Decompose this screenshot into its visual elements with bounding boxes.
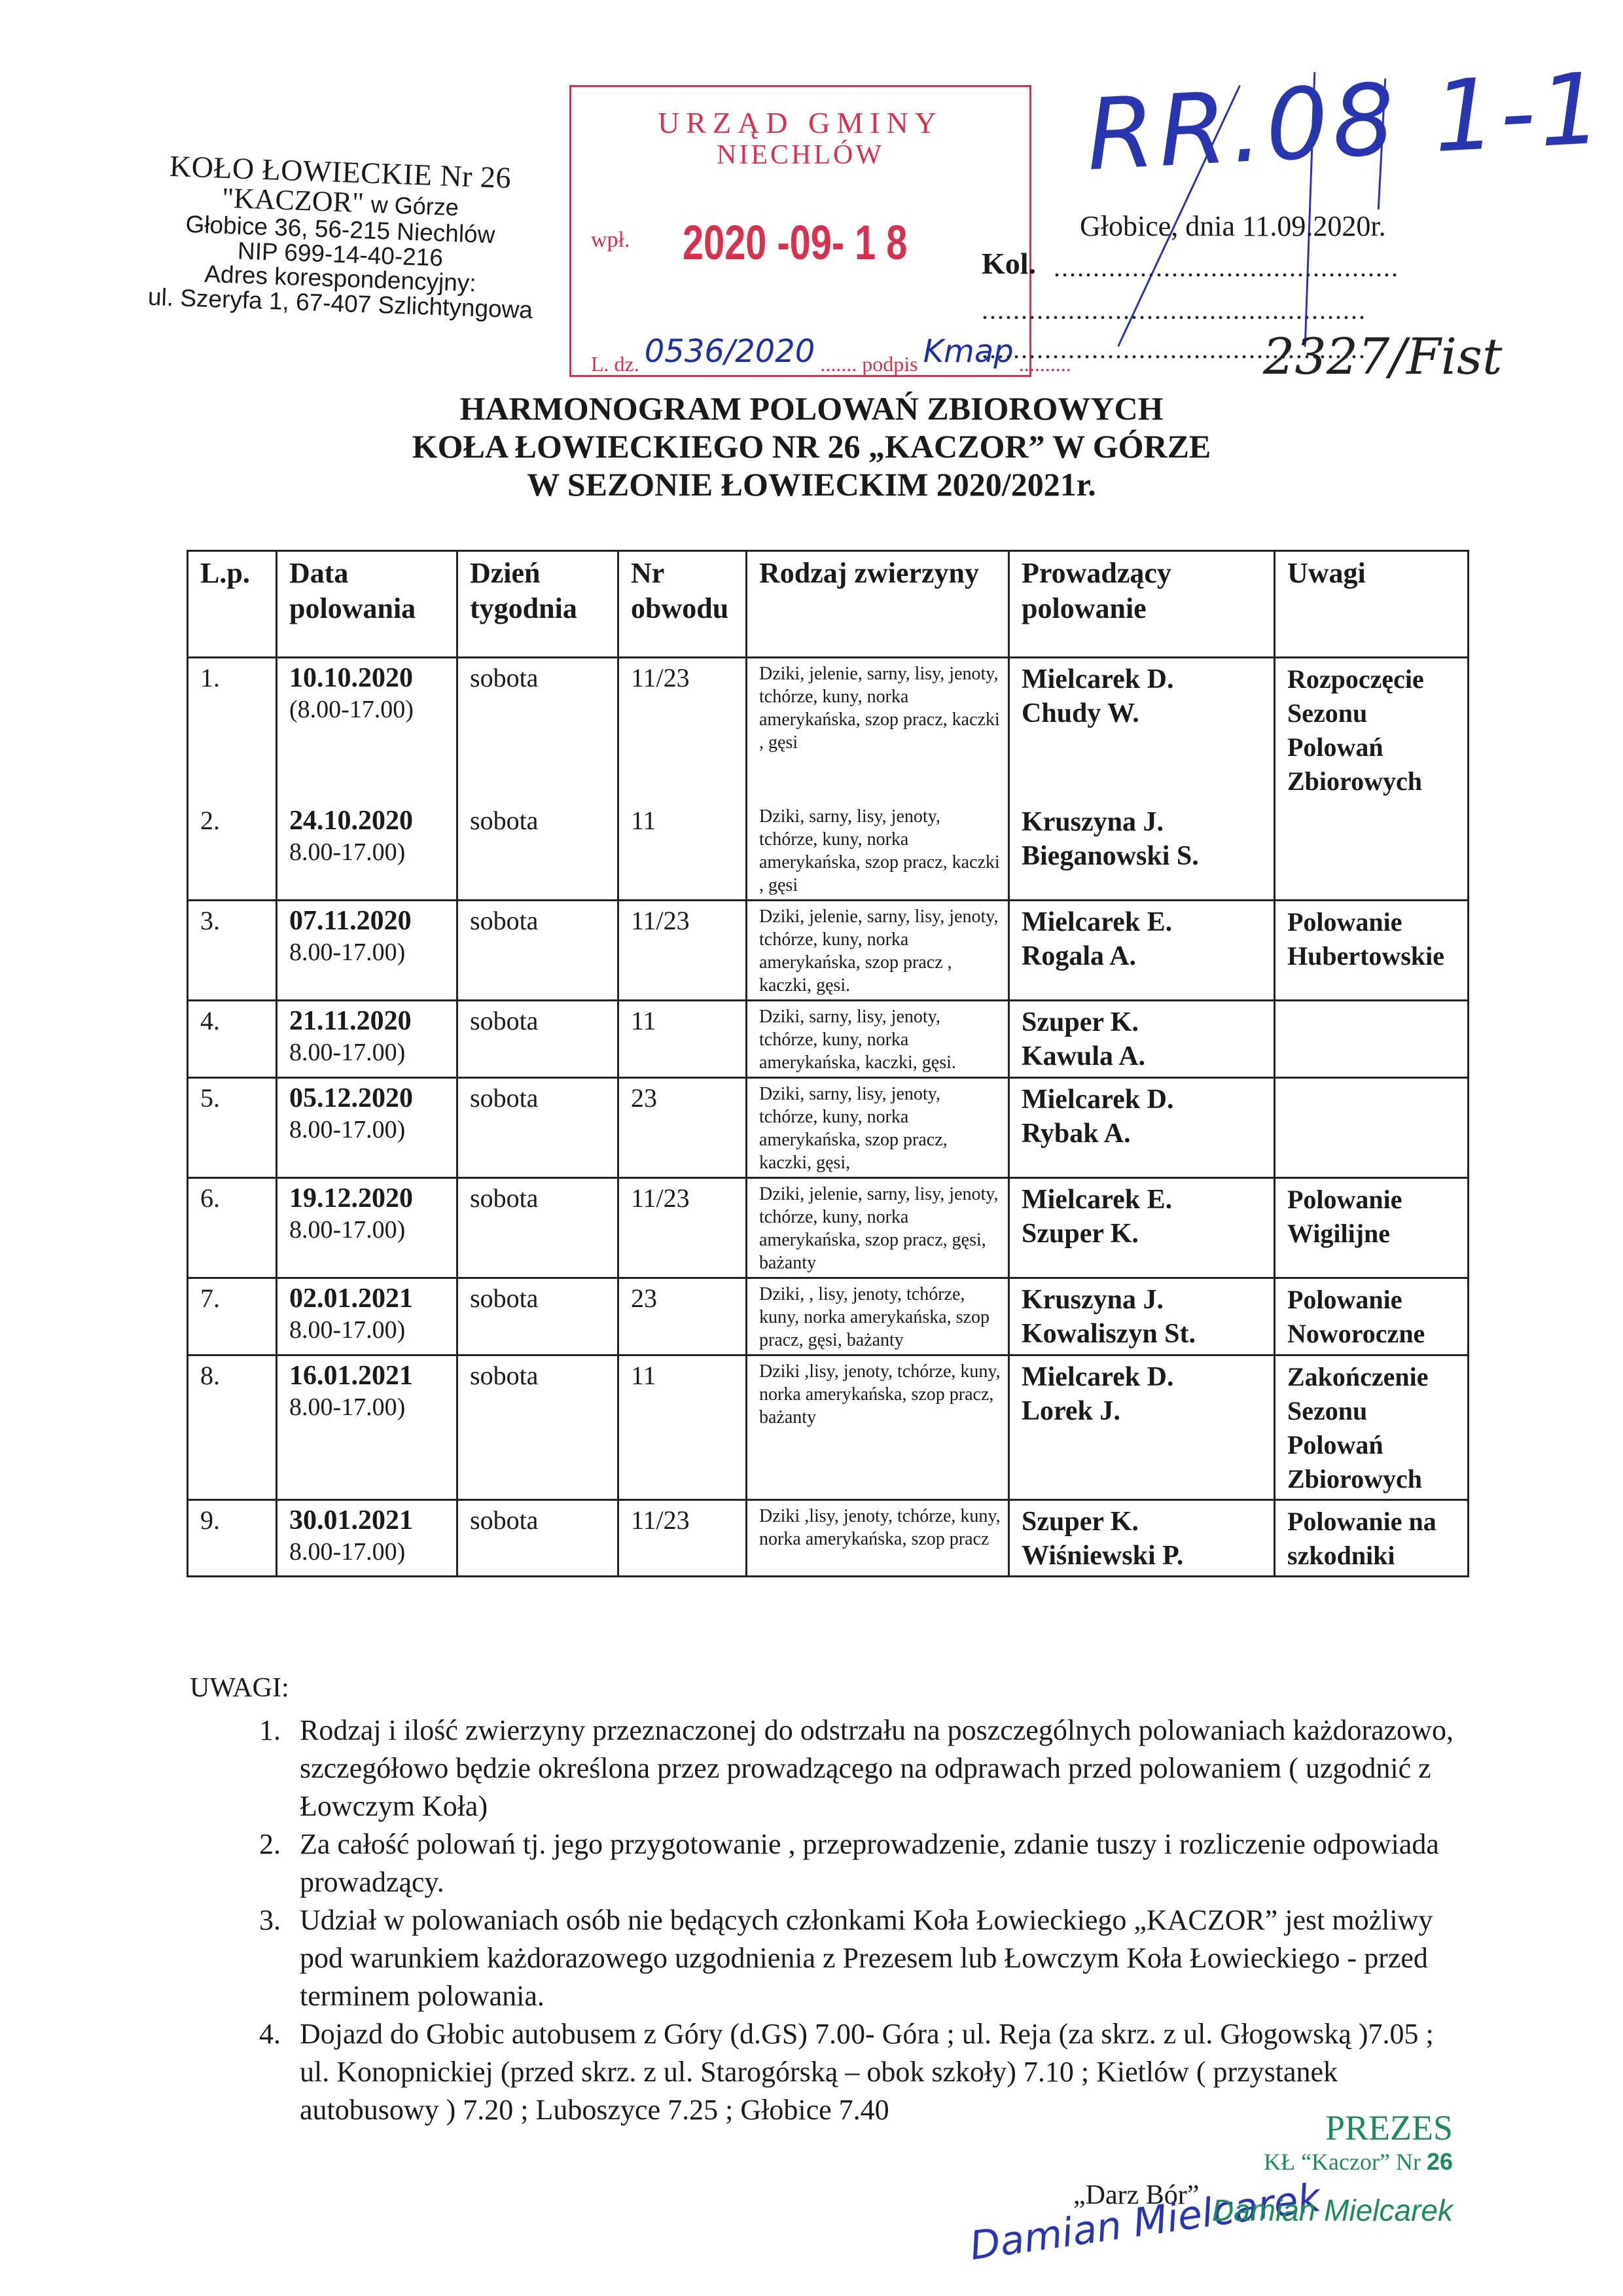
note-item: Rodzaj i ilość zwierzyny przeznaczonej d… (288, 1712, 1466, 1825)
cell-day: sobota (457, 1178, 618, 1278)
cell-lp: 9. (188, 1500, 277, 1577)
cell-remarks: Polowanie Hubertowskie (1275, 901, 1469, 1001)
cell-day: sobota (457, 901, 618, 1001)
table-header-row: L.p. Data polowania Dzień tygodnia Nr ob… (188, 551, 1469, 658)
cell-lp: 1. (188, 658, 277, 802)
cell-date: 21.11.20208.00-17.00) (277, 1001, 457, 1078)
cell-game: Dziki ,lisy, jenoty, tchórze, kuny, nork… (747, 1500, 1009, 1577)
cell-lp: 3. (188, 901, 277, 1001)
notes-heading: UWAGI: (190, 1672, 1466, 1704)
cell-date: 10.10.2020(8.00-17.00) (277, 658, 457, 802)
table-row: 2.24.10.20208.00-17.00)sobota11Dziki, sa… (188, 801, 1469, 901)
recipient-line: ........................................… (982, 334, 1366, 365)
cell-remarks: Polowanie na szkodniki (1275, 1500, 1469, 1577)
cell-leader: Mielcarek D.Chudy W. (1009, 658, 1275, 802)
cell-date: 02.01.20218.00-17.00) (277, 1278, 457, 1355)
seal-name: Damian Mielcarek (1204, 2193, 1453, 2228)
cell-date: 24.10.20208.00-17.00) (277, 801, 457, 901)
cell-district: 23 (618, 1078, 747, 1178)
sender-stamp: KOŁO ŁOWIECKIE Nr 26 "KACZOR" w Górze Gł… (131, 157, 550, 316)
cell-remarks: Polowanie Wigilijne (1275, 1178, 1469, 1278)
cell-district: 23 (618, 1278, 747, 1355)
cell-game: Dziki, sarny, lisy, jenoty, tchórze, kun… (747, 1001, 1009, 1078)
cell-date: 05.12.20208.00-17.00) (277, 1078, 457, 1178)
cell-game: Dziki, , lisy, jenoty, tchórze, kuny, no… (747, 1278, 1009, 1355)
seal-org: KŁ “Kaczor” Nr 26 (1204, 2148, 1453, 2176)
col-game: Rodzaj zwierzyny (747, 551, 1009, 658)
cell-remarks (1275, 1078, 1469, 1178)
cell-district: 11 (618, 1355, 747, 1500)
cell-district: 11 (618, 801, 747, 901)
table-row: 5.05.12.20208.00-17.00)sobota23Dziki, sa… (188, 1078, 1469, 1178)
notes-section: UWAGI: Rodzaj i ilość zwierzyny przeznac… (190, 1672, 1466, 2129)
table-row: 7.02.01.20218.00-17.00)sobota23Dziki, , … (188, 1278, 1469, 1355)
cell-day: sobota (457, 1078, 618, 1178)
cell-leader: Szuper K.Wiśniewski P. (1009, 1500, 1275, 1577)
cell-game: Dziki, jelenie, sarny, lisy, jenoty, tch… (747, 1178, 1009, 1278)
col-remarks: Uwagi (1275, 551, 1469, 658)
cell-day: sobota (457, 1278, 618, 1355)
cell-remarks: Zakończenie Sezonu Polowań Zbiorowych (1275, 1355, 1469, 1500)
ldz-handwritten: 0536/2020 (645, 333, 815, 370)
table-row: 9.30.01.20218.00-17.00)sobota11/23Dziki … (188, 1500, 1469, 1577)
note-item: Udział w polowaniach osób nie będących c… (288, 1901, 1466, 2015)
col-lp: L.p. (188, 551, 277, 658)
table-row: 3.07.11.20208.00-17.00)sobota11/23Dziki,… (188, 901, 1469, 1001)
president-seal: PREZES KŁ “Kaczor” Nr 26 Damian Mielcare… (1204, 2108, 1453, 2228)
place-date: Głobice, dnia 11.09.2020r. (1080, 209, 1386, 243)
cell-leader: Szuper K.Kawula A. (1009, 1001, 1275, 1078)
cell-lp: 2. (188, 801, 277, 901)
cell-day: sobota (457, 1355, 618, 1500)
cell-date: 19.12.20208.00-17.00) (277, 1178, 457, 1278)
cell-leader: Kruszyna J.Bieganowski S. (1009, 801, 1275, 901)
cell-game: Dziki, jelenie, sarny, lisy, jenoty, tch… (747, 901, 1009, 1001)
handwritten-case-ref: RR.08 1-1 (1084, 52, 1609, 192)
cell-remarks (1275, 1001, 1469, 1078)
cell-remarks (1275, 801, 1469, 901)
cell-date: 16.01.20218.00-17.00) (277, 1355, 457, 1500)
cell-day: sobota (457, 1001, 618, 1078)
cell-date: 30.01.20218.00-17.00) (277, 1500, 457, 1577)
cell-lp: 5. (188, 1078, 277, 1178)
table-row: 8.16.01.20218.00-17.00)sobota11Dziki ,li… (188, 1355, 1469, 1500)
registry-stamp: URZĄD GMINY NIECHLÓW wpł. 2020 -09- 1 8 … (569, 85, 1031, 377)
col-leader: Prowadzący polowanie (1009, 551, 1275, 658)
cell-leader: Kruszyna J.Kowaliszyn St. (1009, 1278, 1275, 1355)
cell-district: 11/23 (618, 1500, 747, 1577)
cell-day: sobota (457, 801, 618, 901)
table-row: 1.10.10.2020(8.00-17.00)sobota11/23Dziki… (188, 658, 1469, 802)
document-title: HARMONOGRAM POLOWAŃ ZBIOROWYCH KOŁA ŁOWI… (0, 389, 1623, 503)
seal-role: PREZES (1204, 2108, 1453, 2148)
cell-district: 11/23 (618, 901, 747, 1001)
stamp-office: URZĄD GMINY NIECHLÓW (571, 107, 1029, 170)
recipient-line: ........................................… (982, 295, 1366, 325)
stamp-received-date: 2020 -09- 1 8 (683, 215, 907, 270)
cell-leader: Mielcarek E.Szuper K. (1009, 1178, 1275, 1278)
cell-leader: Mielcarek D.Rybak A. (1009, 1078, 1275, 1178)
cell-district: 11 (618, 1001, 747, 1078)
cell-game: Dziki, jelenie, sarny, lisy, jenoty, tch… (747, 658, 1009, 802)
cell-lp: 8. (188, 1355, 277, 1500)
table-row: 6.19.12.20208.00-17.00)sobota11/23Dziki,… (188, 1178, 1469, 1278)
recipient-line: ........................................… (1054, 252, 1399, 283)
cell-lp: 4. (188, 1001, 277, 1078)
cell-day: sobota (457, 658, 618, 802)
cell-lp: 6. (188, 1178, 277, 1278)
cell-remarks: Rozpoczęcie Sezonu Polowań Zbiorowych (1275, 658, 1469, 802)
col-date: Data polowania (277, 551, 457, 658)
cell-leader: Mielcarek E.Rogala A. (1009, 901, 1275, 1001)
notes-list: Rodzaj i ilość zwierzyny przeznaczonej d… (190, 1712, 1466, 2129)
col-day: Dzień tygodnia (457, 551, 618, 658)
cell-leader: Mielcarek D.Lorek J. (1009, 1355, 1275, 1500)
note-item: Za całość polowań tj. jego przygotowanie… (288, 1825, 1466, 1901)
cell-game: Dziki, sarny, lisy, jenoty, tchórze, kun… (747, 801, 1009, 901)
cell-remarks: Polowanie Noworoczne (1275, 1278, 1469, 1355)
cell-district: 11/23 (618, 1178, 747, 1278)
cell-district: 11/23 (618, 658, 747, 802)
recipient-label: Kol. (982, 249, 1036, 279)
table-row: 4.21.11.20208.00-17.00)sobota11Dziki, sa… (188, 1001, 1469, 1078)
cell-day: sobota (457, 1500, 618, 1577)
cell-lp: 7. (188, 1278, 277, 1355)
cell-game: Dziki ,lisy, jenoty, tchórze, kuny, nork… (747, 1355, 1009, 1500)
cell-game: Dziki, sarny, lisy, jenoty, tchórze, kun… (747, 1078, 1009, 1178)
cell-date: 07.11.20208.00-17.00) (277, 901, 457, 1001)
stamp-received-label: wpł. (591, 228, 630, 253)
col-district: Nr obwodu (618, 551, 747, 658)
hunt-schedule-table: L.p. Data polowania Dzień tygodnia Nr ob… (187, 550, 1469, 1577)
